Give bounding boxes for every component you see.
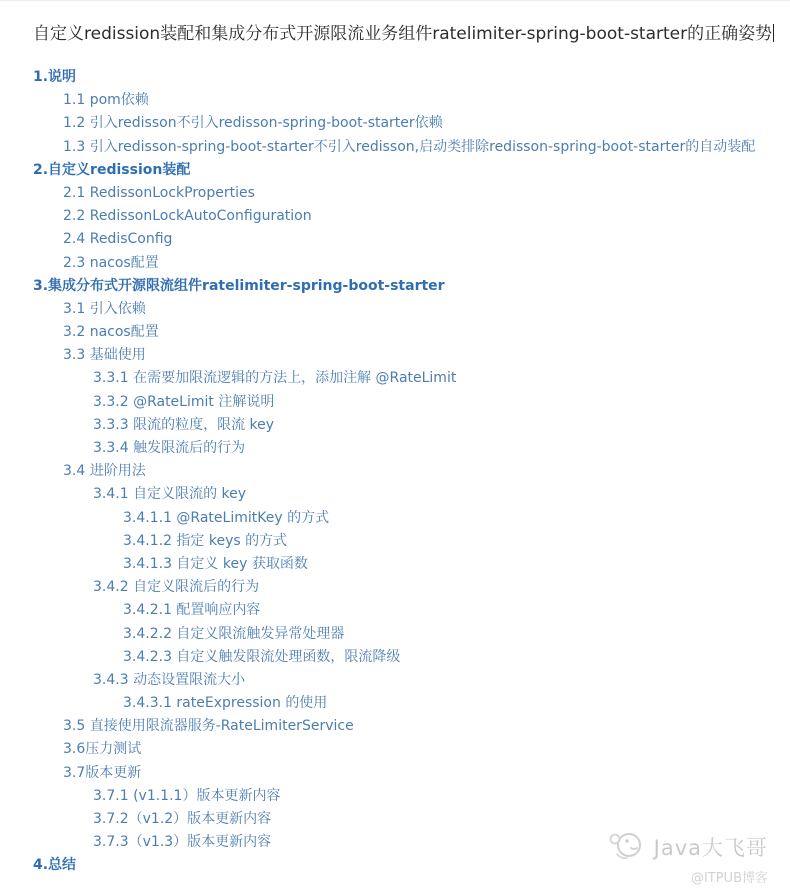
document-page: 自定义redission装配和集成分布式开源限流业务组件ratelimiter-… bbox=[0, 0, 790, 891]
toc-link[interactable]: 1.3 引入redisson-spring-boot-starter不引入red… bbox=[0, 136, 790, 159]
toc-link[interactable]: 3.4.2.1 配置响应内容 bbox=[0, 599, 790, 622]
toc-link[interactable]: 3.3.2 @RateLimit 注解说明 bbox=[0, 391, 790, 414]
toc-link[interactable]: 3.3 基础使用 bbox=[0, 344, 790, 367]
toc-link[interactable]: 3.4.1 自定义限流的 key bbox=[0, 483, 790, 506]
toc-link[interactable]: 3.4 进阶用法 bbox=[0, 460, 790, 483]
toc-link[interactable]: 1.2 引入redisson不引入redisson-spring-boot-st… bbox=[0, 112, 790, 135]
toc-link[interactable]: 3.4.2 自定义限流后的行为 bbox=[0, 576, 790, 599]
toc-link[interactable]: 3.1 引入依赖 bbox=[0, 298, 790, 321]
cartoon-face-logo-icon bbox=[607, 828, 647, 866]
toc-link[interactable]: 3.4.3 动态设置限流大小 bbox=[0, 669, 790, 692]
table-of-contents: 1.说明1.1 pom依赖1.2 引入redisson不引入redisson-s… bbox=[0, 66, 790, 878]
toc-link[interactable]: 3.4.3.1 rateExpression 的使用 bbox=[0, 692, 790, 715]
toc-link[interactable]: 3.7.1 (v1.1.1）版本更新内容 bbox=[0, 785, 790, 808]
toc-section-heading[interactable]: 1.说明 bbox=[0, 66, 790, 89]
toc-link[interactable]: 3.6压力测试 bbox=[0, 738, 790, 761]
toc-link[interactable]: 2.2 RedissonLockAutoConfiguration bbox=[0, 205, 790, 228]
watermark: Java大飞哥 @ITPUB博客 bbox=[607, 828, 768, 886]
toc-link[interactable]: 3.4.1.1 @RateLimitKey 的方式 bbox=[0, 507, 790, 530]
toc-link[interactable]: 2.3 nacos配置 bbox=[0, 252, 790, 275]
toc-link[interactable]: 3.4.1.2 指定 keys 的方式 bbox=[0, 530, 790, 553]
toc-link[interactable]: 3.4.2.3 自定义触发限流处理函数，限流降级 bbox=[0, 646, 790, 669]
watermark-source: @ITPUB博客 bbox=[607, 867, 768, 886]
text-cursor bbox=[773, 24, 774, 42]
watermark-author-name: Java大飞哥 bbox=[654, 832, 768, 862]
toc-link[interactable]: 3.3.4 触发限流后的行为 bbox=[0, 437, 790, 460]
toc-link[interactable]: 1.1 pom依赖 bbox=[0, 89, 790, 112]
toc-link[interactable]: 3.4.2.2 自定义限流触发异常处理器 bbox=[0, 623, 790, 646]
document-title[interactable]: 自定义redission装配和集成分布式开源限流业务组件ratelimiter-… bbox=[33, 24, 757, 45]
toc-link[interactable]: 2.4 RedisConfig bbox=[0, 228, 790, 251]
toc-link[interactable]: 3.7版本更新 bbox=[0, 762, 790, 785]
document-title-text: 自定义redission装配和集成分布式开源限流业务组件ratelimiter-… bbox=[33, 24, 772, 44]
toc-link[interactable]: 2.1 RedissonLockProperties bbox=[0, 182, 790, 205]
toc-link[interactable]: 3.3.1 在需要加限流逻辑的方法上，添加注解 @RateLimit bbox=[0, 367, 790, 390]
toc-link[interactable]: 3.4.1.3 自定义 key 获取函数 bbox=[0, 553, 790, 576]
toc-link[interactable]: 3.5 直接使用限流器服务-RateLimiterService bbox=[0, 715, 790, 738]
toc-link[interactable]: 3.3.3 限流的粒度，限流 key bbox=[0, 414, 790, 437]
toc-section-heading[interactable]: 2.自定义redission装配 bbox=[0, 159, 790, 182]
toc-section-heading[interactable]: 3.集成分布式开源限流组件ratelimiter-spring-boot-sta… bbox=[0, 275, 790, 298]
toc-link[interactable]: 3.2 nacos配置 bbox=[0, 321, 790, 344]
